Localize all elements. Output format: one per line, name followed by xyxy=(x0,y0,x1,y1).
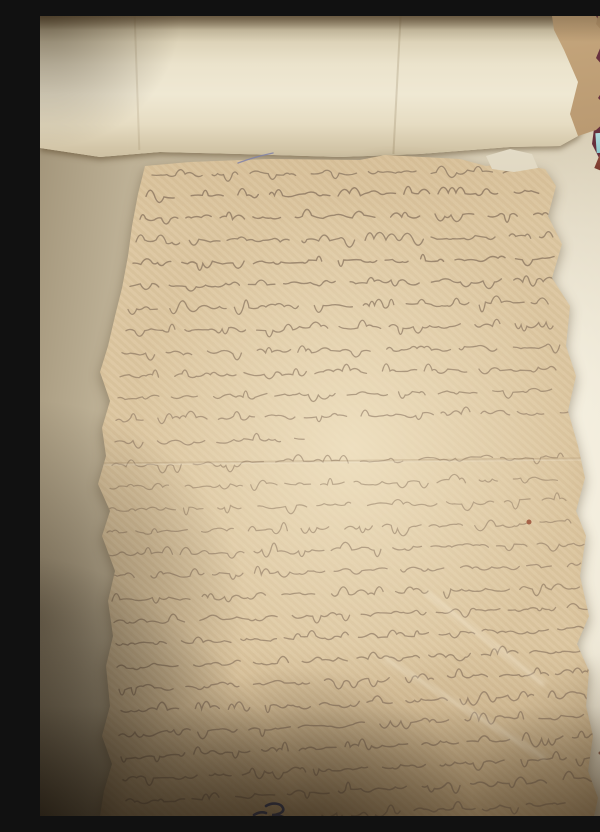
photo-of-manuscript: Handwritten manuscript page with illegib… xyxy=(40,16,600,816)
blue-pen-stroke xyxy=(238,153,273,163)
ink-marks xyxy=(40,16,600,816)
red-ink-dot xyxy=(527,520,532,525)
blue-ink-scribble xyxy=(254,804,287,816)
